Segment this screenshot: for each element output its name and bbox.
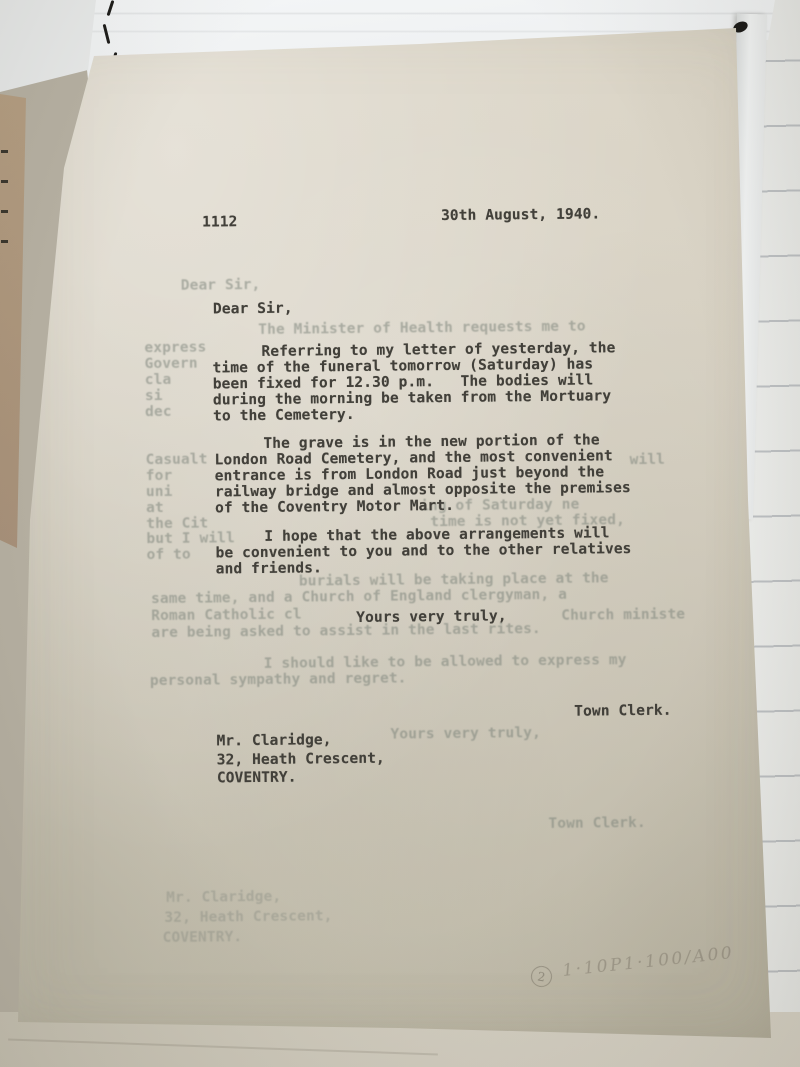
archive-photo: Dear Sir, The Minister of Health request… bbox=[0, 0, 800, 1067]
pencil-annotations: 2 1·10P1·100/A00 bbox=[0, 0, 800, 1067]
circled-number-annotation: 2 bbox=[529, 964, 553, 988]
pencil-reference-annotation: 1·10P1·100/A00 bbox=[561, 943, 735, 981]
